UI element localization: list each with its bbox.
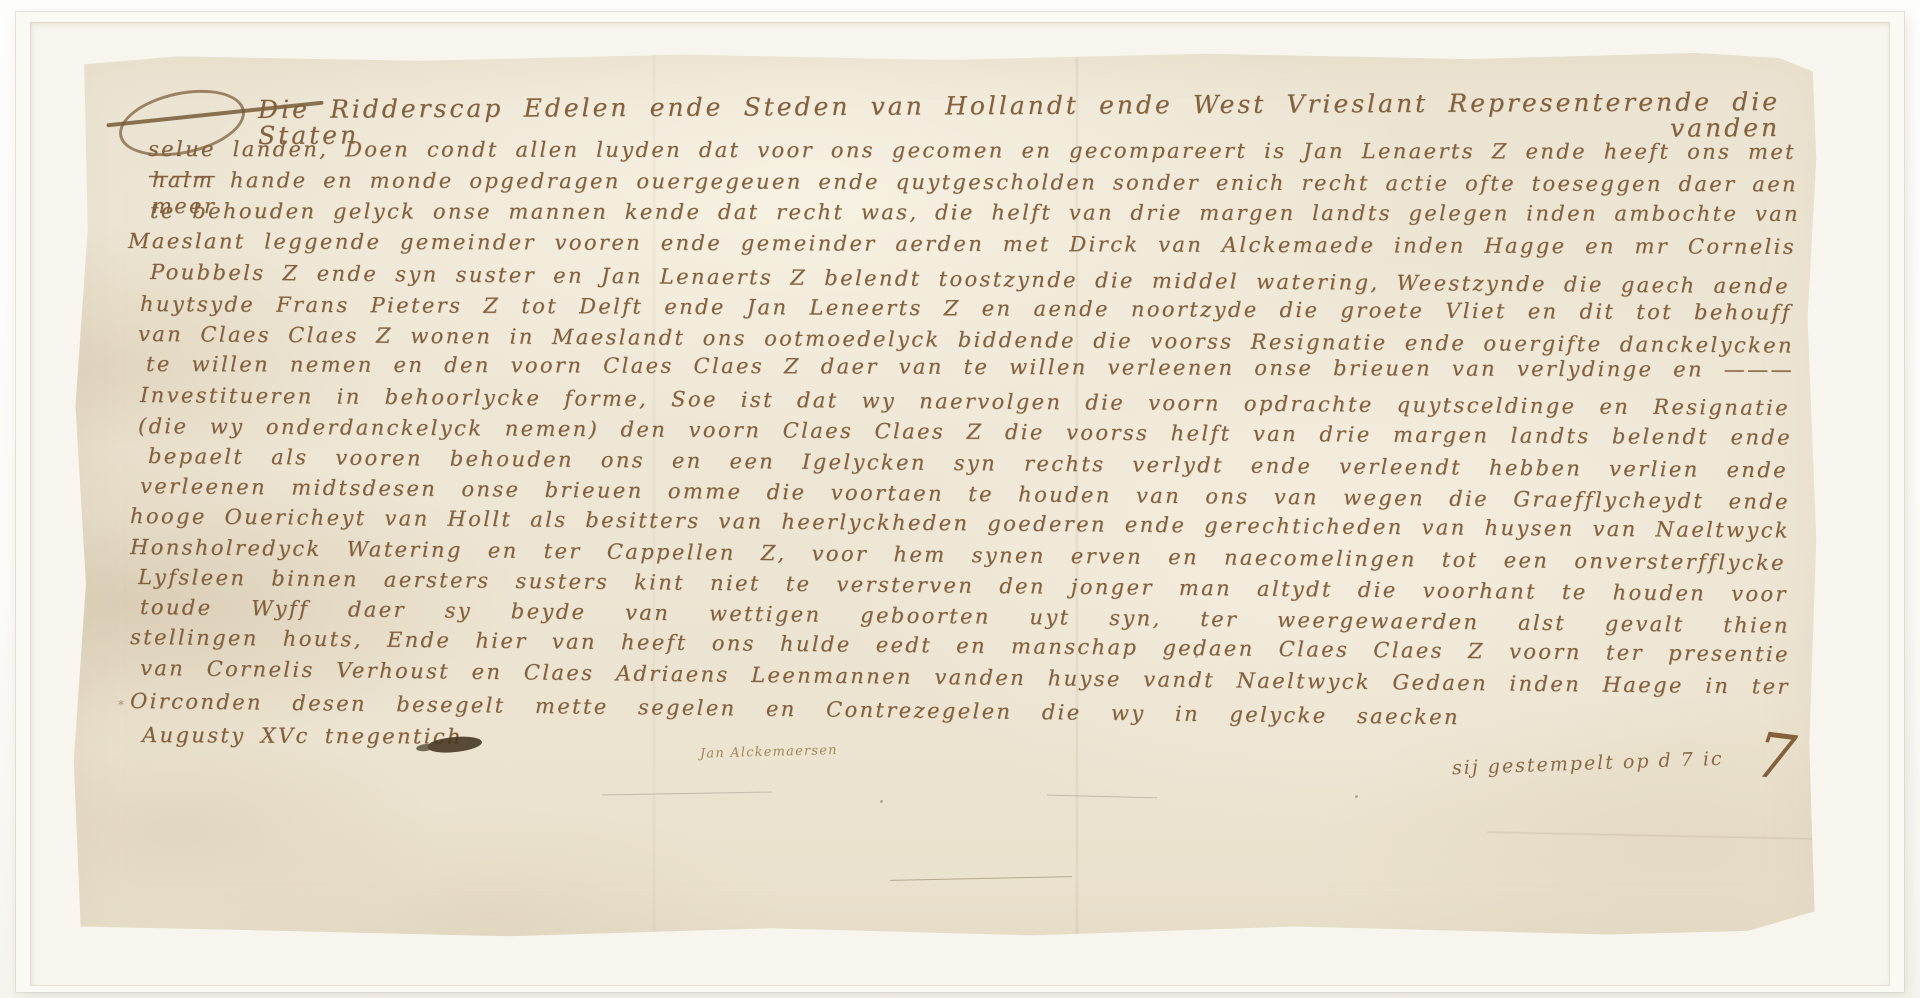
margin-mark: * bbox=[118, 698, 124, 712]
chancery-docket-note: sij gestempelt op d 7 ic bbox=[1452, 747, 1753, 779]
charter-line: te behouden gelyck onse mannen kende dat… bbox=[150, 198, 1800, 233]
secretary-signature: Jan Alckemaersen bbox=[700, 741, 900, 761]
framed-document-photo: Die Ridderscap Edelen ende Steden van Ho… bbox=[0, 0, 1920, 998]
charter-line: selue landen, Doen condt allen luyden da… bbox=[148, 136, 1796, 171]
charter-date-line: Augusty XVc tnegentich bbox=[142, 722, 662, 757]
flourish-seven: 7 bbox=[1752, 724, 1799, 790]
charter-text-block: Die Ridderscap Edelen ende Steden van Ho… bbox=[0, 0, 1920, 998]
charter-line: Die Ridderscap Edelen ende Steden van Ho… bbox=[258, 89, 1780, 129]
